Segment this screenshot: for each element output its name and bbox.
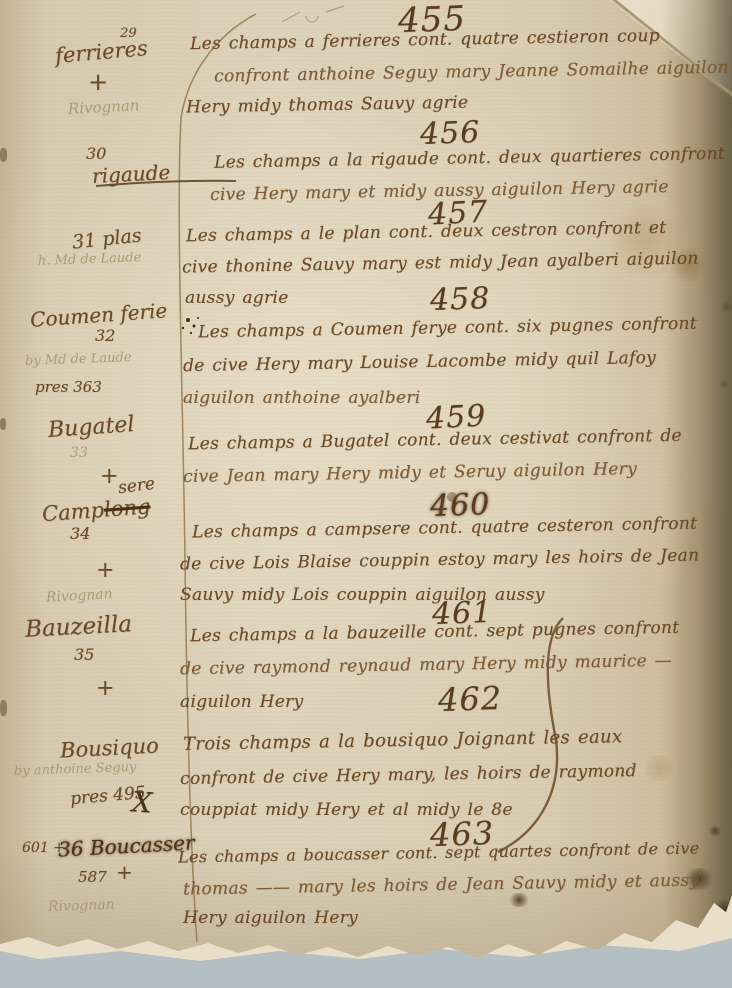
margin-note: Bauzeilla	[24, 611, 132, 643]
entry-number: 456	[419, 115, 480, 152]
entry-text-line: Les champs a le plan cont. deux cestron …	[186, 218, 667, 246]
entry-text-line: cive Jean mary Hery midy et Seruy aiguil…	[183, 459, 637, 487]
margin-note: by Md de Laude	[25, 350, 132, 369]
entry-text-line: aiguilon Hery	[180, 692, 303, 712]
margin-note: Rivognan	[46, 586, 113, 605]
entry-text-line: Les champs a Bugatel cont. deux cestivat…	[188, 426, 682, 455]
entry-text-line: Sauvy midy Lois couppin aiguilon aussy	[180, 585, 545, 605]
margin-note: Rivognan	[48, 897, 115, 915]
margin-cross: +	[88, 68, 108, 96]
margin-cross: +	[96, 558, 114, 583]
entry-text-line: aiguilon anthoine ayalberi	[183, 388, 420, 408]
margin-cross: +	[100, 464, 118, 489]
ink-speckles	[182, 317, 199, 334]
margin-note: 33	[70, 445, 88, 461]
top-scribble	[282, 6, 344, 22]
margin-cross: +	[116, 860, 133, 884]
margin-note: 34	[70, 524, 90, 543]
entry-text-line: Les champs a campsere cont. quatre ceste…	[192, 514, 697, 543]
entry-text-line: cive Hery mary et midy aussy aiguilon He…	[210, 177, 669, 205]
entry-text-line: de cive Lois Blaise couppin estoy mary l…	[180, 545, 700, 574]
entry-text-line: aussy agrie	[185, 288, 288, 308]
margin-note: h. Md de Laude	[38, 250, 142, 269]
entry-text-line: cive thonine Sauvy mary est midy Jean ay…	[182, 248, 699, 277]
margin-note: Bugatel	[47, 412, 135, 443]
margin-note: rigaude	[91, 160, 170, 188]
entry-text-line: couppiat midy Hery et al midy le 8e	[180, 800, 513, 820]
edge-nick	[0, 700, 7, 716]
entry-text-line: de cive Hery mary Louise Lacombe midy qu…	[183, 348, 656, 376]
entry-text-line: de cive raymond reynaud mary Hery midy m…	[180, 651, 672, 680]
entry-number: 462	[437, 679, 502, 719]
entry-text-line: confront anthoine Seguy mary Jeanne Soma…	[214, 58, 729, 87]
margin-note: Rivognan	[68, 96, 140, 118]
margin-note: ferrieres	[54, 36, 148, 68]
margin-cross: +	[96, 676, 114, 701]
margin-note: by anthoine Seguy	[14, 760, 137, 779]
manuscript-paper: 455 456 457 458 459 460 461 462 463 Les …	[0, 0, 732, 988]
margin-x-mark: X	[131, 785, 153, 819]
margin-note: 30	[86, 144, 106, 163]
entry-text-line: Hery aiguilon Hery	[183, 908, 358, 928]
margin-note-struck: long	[103, 494, 151, 521]
margin-note: Camp	[41, 498, 104, 526]
entry-text-line: confront de cive Hery mary, les hoirs de…	[180, 761, 637, 789]
entry-text-line: Les champs a ferrieres cont. quatre cest…	[190, 26, 660, 54]
entry-text-line: Les champs a la rigaude cont. deux quart…	[214, 143, 732, 172]
entry-number: 458	[429, 281, 490, 318]
margin-note: 32	[95, 326, 115, 345]
entry-text-line: Les champs a la bauzeille cont. sept pug…	[190, 618, 680, 647]
edge-nick	[0, 148, 7, 162]
entry-text-line: Hery midy thomas Sauvy agrie	[186, 93, 469, 118]
margin-note: Bousiquo	[59, 733, 159, 762]
entry-text-line: Trois champs a la bousiquo Joignant les …	[183, 726, 623, 755]
margin-note: 587	[78, 868, 107, 886]
edge-nick	[0, 418, 6, 430]
manuscript-scan: 455 456 457 458 459 460 461 462 463 Les …	[0, 0, 732, 988]
margin-note: pres 363	[35, 378, 102, 396]
margin-note: 35	[74, 645, 94, 664]
entry-text-line: Les champs a Coumen ferye cont. six pugn…	[198, 314, 697, 343]
margin-note: 31 plas	[71, 224, 142, 253]
